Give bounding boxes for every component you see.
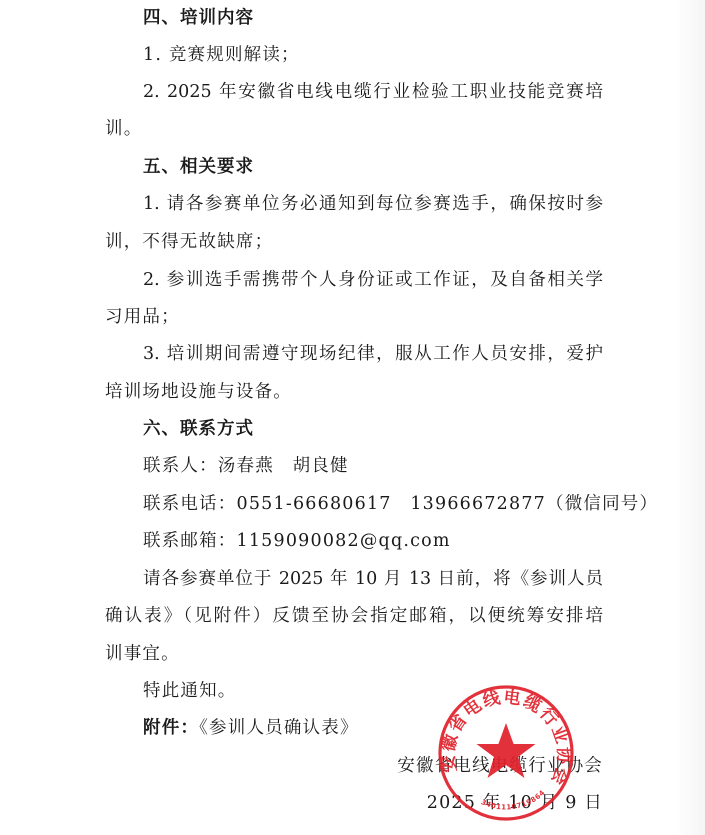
- training-item-2-line-2: 训。: [105, 114, 603, 144]
- section-heading-requirements: 五、相关要求: [143, 152, 603, 182]
- attachment-line: 附件：《参训人员确认表》: [143, 713, 603, 743]
- section-heading-contact: 六、联系方式: [143, 414, 603, 444]
- signature-organization: 安徽省电线电缆行业协会: [397, 751, 603, 781]
- request-line-3: 训事宜。: [105, 639, 603, 669]
- attachment-link[interactable]: 《参训人员确认表》: [199, 718, 359, 738]
- requirement-3-line-1: 3. 培训期间需遵守现场纪律，服从工作人员安排，爱护: [143, 339, 603, 369]
- contact-person: 联系人：汤春燕 胡良健: [143, 451, 603, 481]
- request-line-1: 请各参赛单位于 2025 年 10 月 13 日前，将《参训人员: [143, 564, 603, 594]
- closing-text: 特此通知。: [143, 676, 603, 706]
- training-item-2-line-1: 2. 2025 年安徽省电线电缆行业检验工职业技能竞赛培: [143, 77, 603, 107]
- section-heading-training-content: 四、培训内容: [143, 3, 603, 33]
- requirement-1-line-2: 训，不得无故缺席；: [105, 227, 603, 257]
- training-item-1: 1. 竞赛规则解读；: [143, 40, 603, 70]
- contact-email: 联系邮箱：1159090082@qq.com: [143, 526, 603, 556]
- requirement-3-line-2: 培训场地设施与设备。: [105, 377, 603, 407]
- signature-date: 2025 年 10 月 9 日: [427, 788, 603, 818]
- requirement-2-line-1: 2. 参训选手需携带个人身份证或工作证，及自备相关学: [143, 265, 603, 295]
- requirement-1-line-1: 1. 请各参赛单位务必通知到每位参赛选手，确保按时参: [143, 189, 603, 219]
- requirement-2-line-2: 习用品；: [105, 302, 603, 332]
- attachment-label: 附件：: [143, 718, 199, 738]
- contact-phone: 联系电话：0551-66680617 13966672877（微信同号）: [143, 489, 603, 519]
- request-line-2: 确认表》（见附件）反馈至协会指定邮箱，以便统筹安排培: [105, 601, 603, 631]
- page-edge-shadow: [675, 0, 705, 835]
